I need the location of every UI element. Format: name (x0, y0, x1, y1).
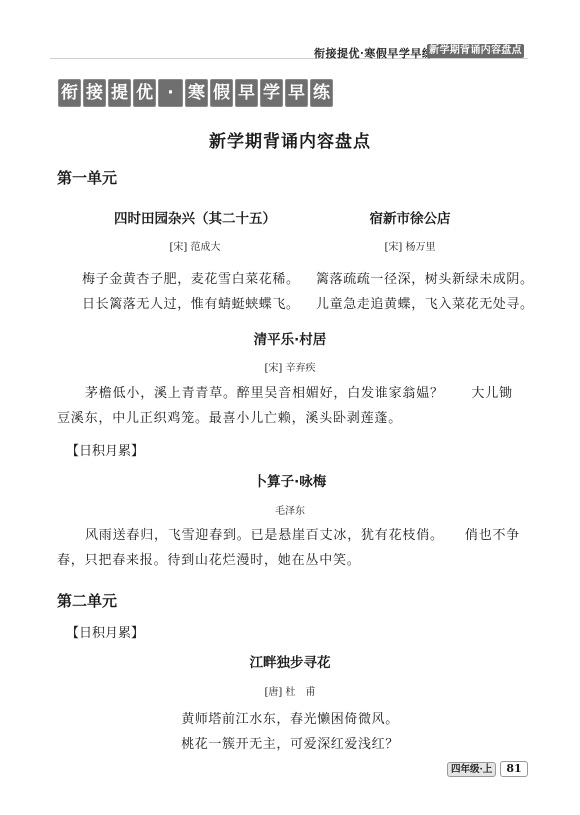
section-label: 【日积月累】 (66, 440, 144, 459)
banner-char: 学 (260, 79, 283, 107)
header-rule (50, 58, 528, 59)
banner-char: 寒 (185, 79, 208, 107)
poem-title: 江畔独步寻花 (0, 651, 580, 671)
banner-char: 衔 (58, 79, 81, 107)
poem-title: 卜算子·咏梅 (0, 470, 580, 490)
banner-char: 早 (235, 79, 258, 107)
poem-line: 桃花一簇开无主，可爱深红爱浅红？ (0, 733, 580, 752)
poem-line: 黄师塔前江水东，春光懒困倚微风。 (0, 708, 580, 727)
banner-char: 接 (83, 79, 106, 107)
running-header-title: 衔接提优·寒假早学早练 (314, 45, 433, 61)
poem-author: [宋] 范成大 (110, 238, 280, 253)
poem-author: [宋] 辛弃疾 (0, 359, 580, 374)
running-header-section-tag: 新学期背诵内容盘点 (427, 44, 524, 58)
poem-text: 茅檐低小，溪上青青草。醉里吴音相媚好，白发谁家翁媪？ 大儿锄豆溪东，中儿正织鸡笼… (57, 381, 525, 431)
banner-char: 早 (285, 79, 308, 107)
page-footer: 四年级·上 81 (447, 761, 528, 777)
poem-line: 篱落疏疏一径深，树头新绿未成阴。 (316, 268, 534, 287)
section-label: 【日积月累】 (66, 622, 144, 641)
banner: 衔 接 提 优 · 寒 假 早 学 早 练 (58, 79, 333, 107)
unit2-heading: 第二单元 (57, 590, 117, 611)
poem-title: 宿新市徐公店 (350, 207, 470, 227)
unit1-heading: 第一单元 (57, 167, 117, 188)
poem-line: 儿童急走追黄蝶，飞入菜花无处寻。 (316, 293, 534, 312)
poem-author: [唐] 杜 甫 (0, 683, 580, 698)
poem-text: 风雨送春归，飞雪迎春到。已是悬崖百丈冰，犹有花枝俏。 俏也不争春，只把春来报。待… (57, 523, 525, 573)
poem-line: 日长篱落无人过，惟有蜻蜓蛱蝶飞。 (82, 293, 300, 312)
banner-char: 优 (133, 79, 156, 107)
banner-char: 提 (108, 79, 131, 107)
grade-label: 四年级·上 (447, 762, 496, 777)
page-title: 新学期背诵内容盘点 (0, 127, 580, 152)
banner-char: 假 (210, 79, 233, 107)
banner-char: 练 (310, 79, 333, 107)
poem-title: 四时田园杂兴（其二十五） (110, 207, 280, 227)
banner-char: · (158, 79, 183, 107)
poem-title: 清平乐·村居 (0, 328, 580, 348)
poem-author: [宋] 杨万里 (350, 238, 470, 253)
poem-author: 毛泽东 (0, 502, 580, 517)
page-number: 81 (500, 761, 527, 777)
poem-line: 梅子金黄杏子肥，麦花雪白菜花稀。 (82, 268, 300, 287)
